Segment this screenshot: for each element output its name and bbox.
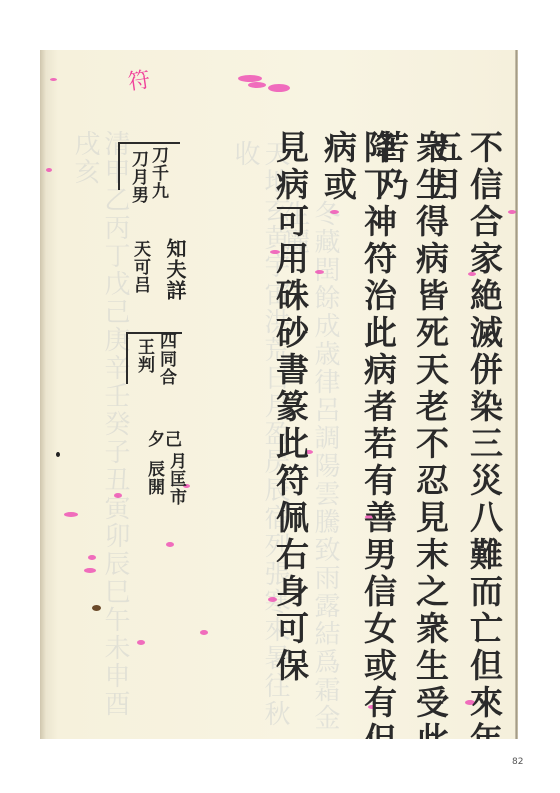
manuscript-page: 清甲乙丙丁戊己庚辛壬癸子丑寅卯辰巳午未申酉戌亥 天地玄黄宇宙洪荒日月盈昃辰宿列張… [40, 50, 518, 739]
talisman-lower-right: 知夫詳 [162, 238, 188, 301]
ink-speck [508, 210, 516, 214]
ink-speck [200, 630, 208, 635]
talisman-inner-left: 王判 [134, 338, 154, 374]
ink-speck [88, 555, 96, 560]
talisman-2: 四同合 王判 [126, 332, 206, 402]
ink-speck [268, 84, 290, 92]
ink-blot [56, 452, 60, 457]
talisman-inner-right: 四同合 [156, 332, 176, 386]
talisman-3: 夕己 月匡市 辰開 [126, 430, 206, 530]
talisman-inner-right: 刀千九 [148, 146, 168, 200]
talisman-right: 月匡市 [166, 452, 186, 506]
ink-speck [248, 82, 266, 88]
talisman-lower-left: 天可吕 [130, 240, 150, 294]
talisman-1: 刀千九 刀月男 知夫詳 天可吕 [118, 142, 228, 322]
ink-speck [84, 568, 96, 573]
ink-speck [238, 75, 262, 82]
ink-speck [46, 168, 52, 172]
ink-blot [92, 605, 101, 611]
ink-speck [114, 493, 122, 498]
page-edge [515, 50, 518, 739]
text-column-4: 見病可用硃砂書篆此符佩右身可保 [270, 130, 310, 690]
talisman-inner-left: 刀月男 [128, 150, 148, 204]
talisman-left: 辰開 [144, 460, 164, 496]
ink-speck [50, 78, 57, 81]
talisman-upper: 夕己 [148, 430, 182, 450]
ink-speck [166, 542, 174, 547]
margin-mark: 符 [126, 63, 152, 97]
page-number: 82 [512, 757, 523, 767]
text-column-3: 降下神符治此病者若有善男信女或有但病或 [318, 130, 398, 739]
ink-speck [137, 640, 145, 645]
ink-speck [64, 512, 78, 517]
